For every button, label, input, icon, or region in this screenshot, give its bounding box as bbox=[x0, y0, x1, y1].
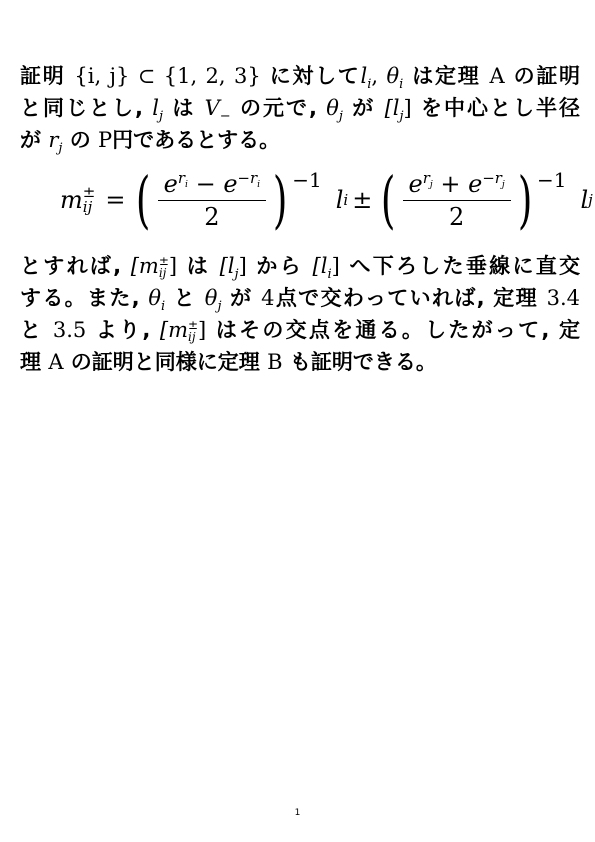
math-roman: B bbox=[267, 350, 282, 374]
math-sub: ij bbox=[188, 331, 198, 343]
text: と同じとし, bbox=[20, 96, 152, 120]
math-var: e bbox=[468, 170, 482, 198]
math-var: e bbox=[164, 170, 178, 198]
operator: + bbox=[433, 170, 468, 198]
text: は bbox=[163, 96, 205, 120]
math-set: {i, j} ⊂ {1, 2, 3} bbox=[74, 64, 260, 88]
text-line: 証明 {i, j} ⊂ {1, 2, 3} に対してli, θi は定理 A の… bbox=[20, 60, 580, 92]
right-paren: ) bbox=[273, 169, 288, 231]
fraction: erj + e−rj 2 bbox=[403, 170, 511, 231]
math-bracket: ] bbox=[169, 254, 177, 278]
text: の証明 bbox=[505, 64, 580, 88]
text-line: が rj の P円であるとする。 bbox=[20, 124, 580, 156]
math-var: e bbox=[409, 170, 423, 198]
math-var: [l bbox=[313, 254, 328, 278]
math-sub: ij bbox=[159, 267, 169, 279]
text: 理 bbox=[20, 350, 48, 374]
text: の bbox=[62, 128, 98, 152]
math-var: l bbox=[152, 96, 159, 120]
left-paren: ( bbox=[381, 169, 396, 231]
text: に対して bbox=[261, 64, 361, 88]
math-var: −r bbox=[238, 169, 258, 187]
text: の証明と同様に定理 bbox=[63, 350, 267, 374]
math-supsub: ±ij bbox=[159, 255, 169, 279]
math-var: [m bbox=[160, 318, 188, 342]
text: が bbox=[20, 128, 48, 152]
math-sub: j bbox=[502, 178, 505, 189]
text: とすれば, bbox=[20, 254, 131, 278]
text-line: と同じとし, lj は V− の元で, θj が [lj] を中心とし半径 bbox=[20, 92, 580, 124]
plus-minus: ± bbox=[352, 186, 372, 214]
text: 証明 bbox=[20, 64, 74, 88]
text: , bbox=[371, 64, 386, 88]
math-roman: P bbox=[98, 128, 112, 152]
math-bracket: ] bbox=[332, 254, 340, 278]
math-var: [l bbox=[385, 96, 400, 120]
math-var: m bbox=[60, 186, 83, 214]
text: と bbox=[20, 318, 53, 342]
text: の元で, bbox=[231, 96, 327, 120]
math-supsub: ±ij bbox=[188, 319, 198, 343]
text-line: と 3.5 より, [m±ij] はその交点を通る。したがって, 定 bbox=[20, 314, 580, 346]
text: も証明できる。 bbox=[283, 350, 437, 374]
text: より, bbox=[86, 318, 160, 342]
math-var: −r bbox=[482, 169, 502, 187]
math-var: [l bbox=[220, 254, 235, 278]
text: 点で交わっていれば, 定理 bbox=[275, 286, 547, 310]
math-bracket: ] bbox=[404, 96, 412, 120]
right-paren: ) bbox=[518, 169, 533, 231]
left-paren: ( bbox=[136, 169, 151, 231]
text-line: とすれば, [m±ij] は [lj] から [li] へ下ろした垂線に直交 bbox=[20, 250, 580, 282]
text: が bbox=[221, 286, 261, 310]
text: は定理 bbox=[403, 64, 489, 88]
math-var: e bbox=[223, 170, 237, 198]
operator: − bbox=[188, 170, 223, 198]
fraction: eri − e−ri 2 bbox=[158, 170, 266, 231]
math-number: 3.5 bbox=[53, 318, 86, 342]
math-var: θ bbox=[148, 286, 161, 310]
text: が bbox=[343, 96, 385, 120]
text-line: する。また, θi と θj が 4点で交わっていれば, 定理 3.4 bbox=[20, 282, 580, 314]
text: から bbox=[247, 254, 313, 278]
math-var: l bbox=[336, 186, 344, 214]
math-sub: ij bbox=[83, 200, 96, 215]
exponent: −1 bbox=[292, 168, 321, 192]
text: 円であるとする。 bbox=[112, 128, 280, 152]
math-roman: A bbox=[489, 64, 504, 88]
math-var: l bbox=[580, 186, 588, 214]
text: と bbox=[165, 286, 205, 310]
math-sub: i bbox=[257, 178, 260, 189]
text: を中心とし半径 bbox=[412, 96, 580, 120]
numerator: eri − e−ri bbox=[158, 170, 266, 201]
text-line: 理 A の証明と同様に定理 B も証明できる。 bbox=[20, 346, 580, 378]
math-roman: A bbox=[48, 350, 63, 374]
exponent: −1 bbox=[537, 168, 566, 192]
math-var: r bbox=[178, 169, 185, 187]
denominator: 2 bbox=[449, 201, 464, 231]
math-number: 3.4 bbox=[547, 286, 580, 310]
math-var: r bbox=[48, 128, 58, 152]
text: する。また, bbox=[20, 286, 148, 310]
math-var: [m bbox=[131, 254, 159, 278]
math-var: θ bbox=[326, 96, 339, 120]
math-sub: − bbox=[220, 109, 231, 124]
math-bracket: ] bbox=[239, 254, 247, 278]
math-var: θ bbox=[205, 286, 218, 310]
display-equation: m±ij = ( eri − e−ri 2 ) −1 li ± ( erj + … bbox=[60, 160, 540, 240]
page-number: 1 bbox=[0, 808, 595, 818]
equals-sign: = bbox=[105, 186, 125, 214]
text: は bbox=[177, 254, 219, 278]
text: へ下ろした垂線に直交 bbox=[340, 254, 580, 278]
math-var: r bbox=[423, 169, 430, 187]
denominator: 2 bbox=[204, 201, 219, 231]
math-supsub: ±ij bbox=[83, 185, 96, 215]
math-number: 4 bbox=[261, 286, 274, 310]
text: はその交点を通る。したがって, 定 bbox=[206, 318, 580, 342]
numerator: erj + e−rj bbox=[403, 170, 511, 201]
math-var: V bbox=[205, 96, 220, 120]
math-var: θ bbox=[386, 64, 399, 88]
